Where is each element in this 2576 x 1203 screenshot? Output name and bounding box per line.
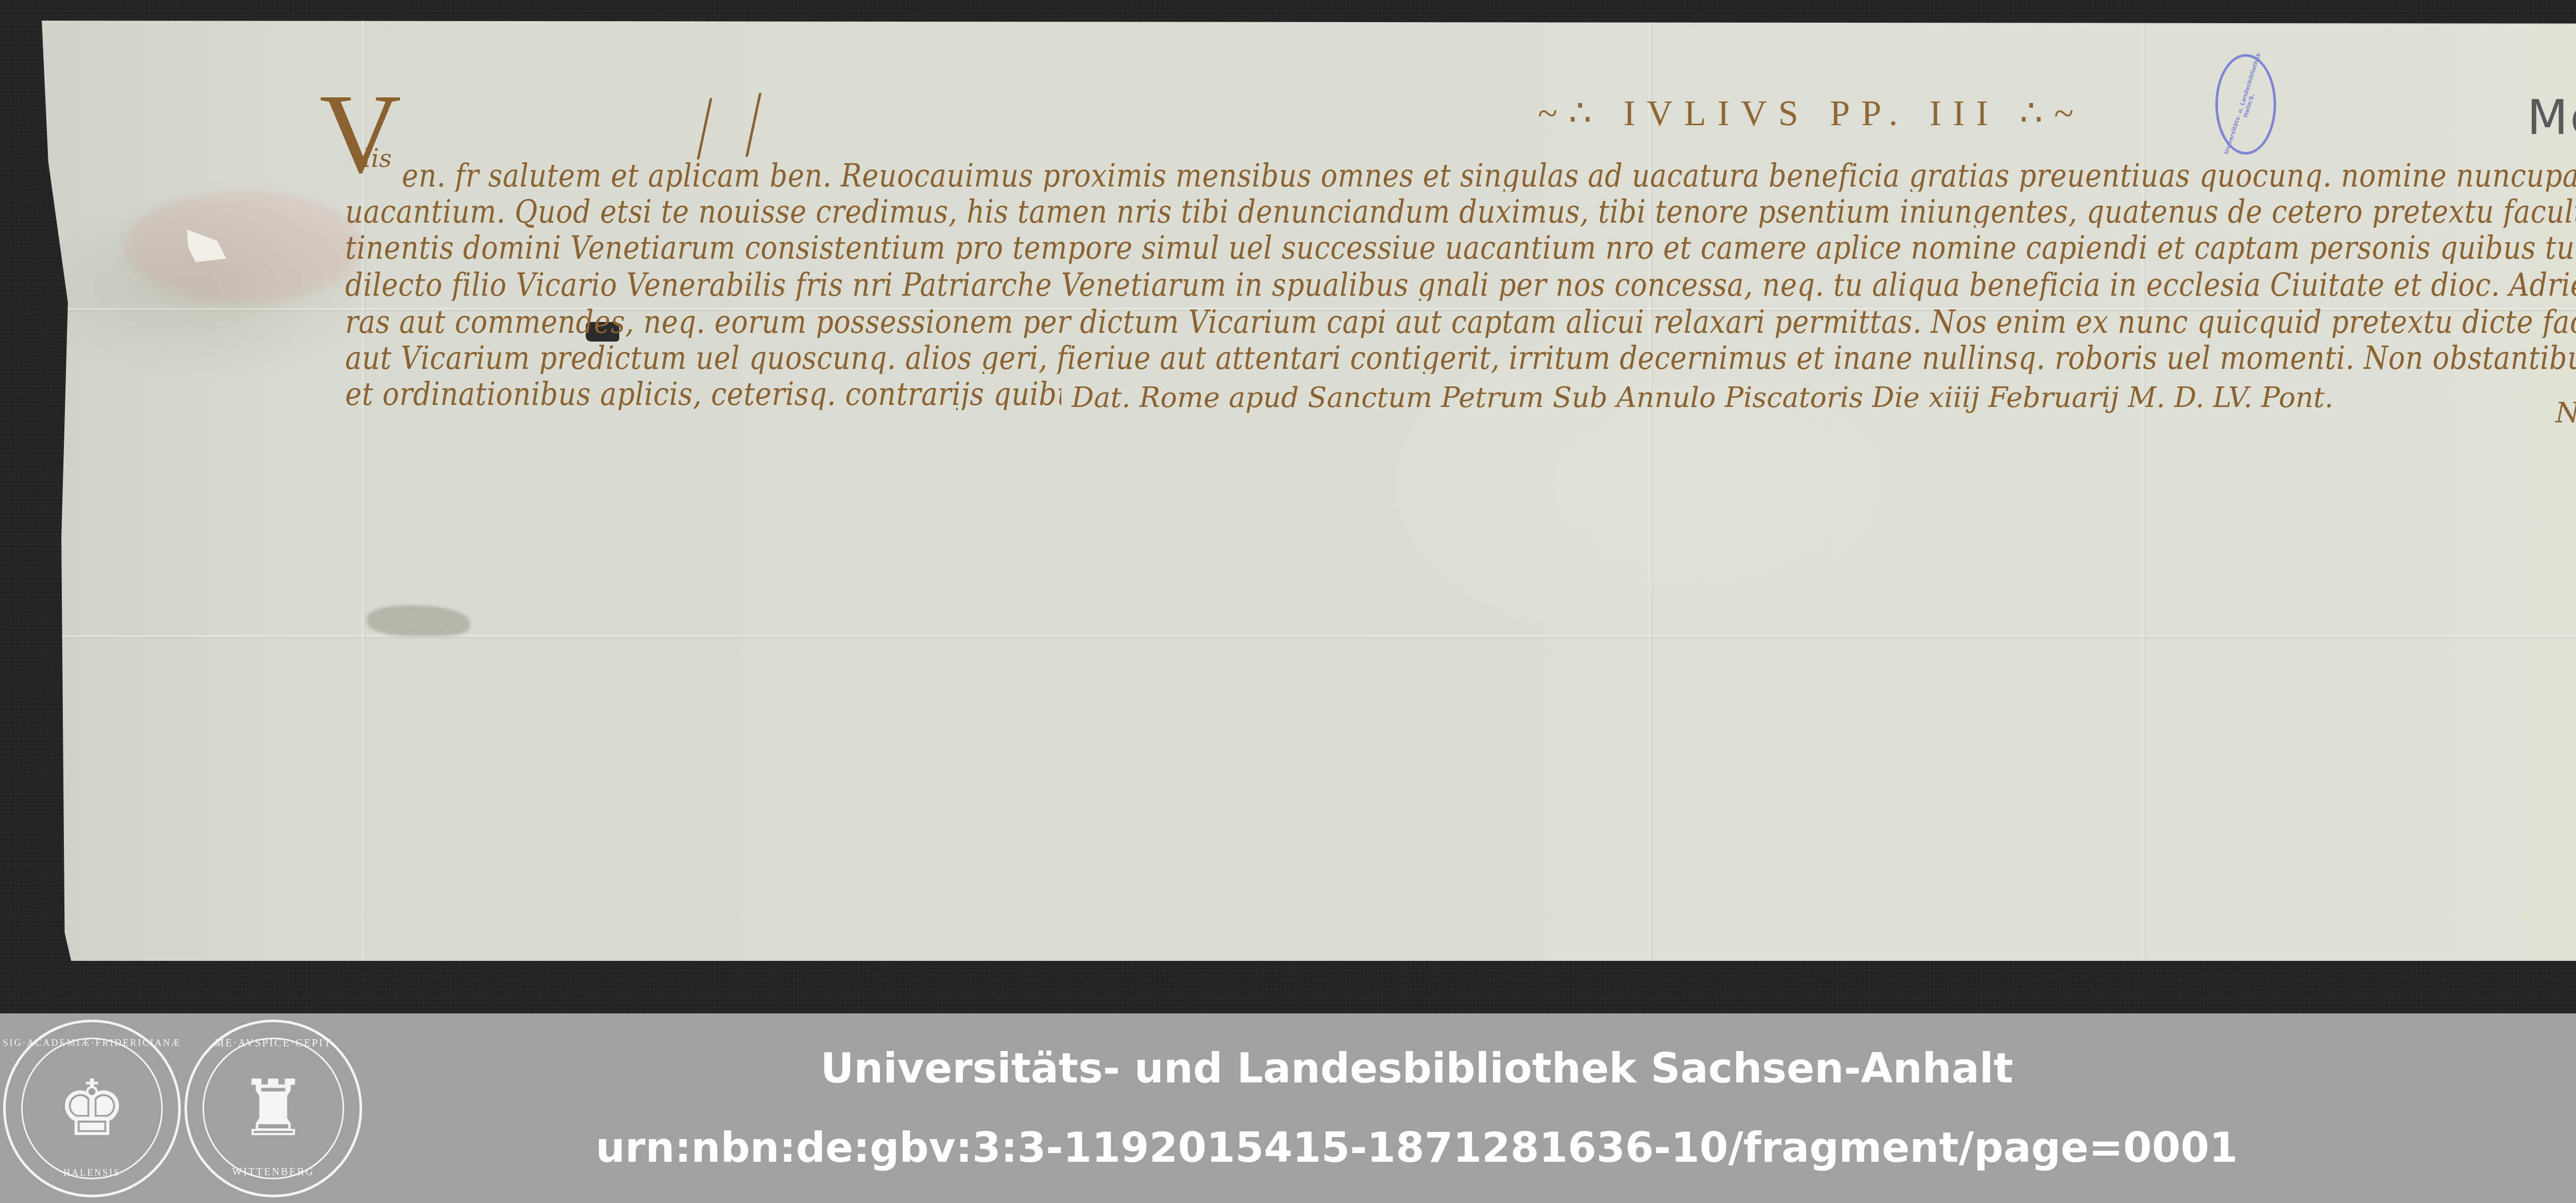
text-line-6: aut Vicarium predictum uel quoscunq. ali… — [345, 342, 2576, 374]
footer-bar: ♚ SIG·ACADEMIÆ·FRIDERICIANÆ HALENSIS ♜ M… — [0, 1013, 2576, 1203]
dating-tail-nri: Nri — [2555, 397, 2576, 429]
stamp-line: Universitäts- u. Landesbibliothek — [2223, 52, 2262, 155]
dating-clause: Dat. Rome apud Sanctum Petrum Sub Annulo… — [1072, 381, 2333, 414]
text-line-7: et ordinationibus aplicis, ceterisq. con… — [345, 378, 1061, 410]
text-line-4: dilecto filio Vicario Venerabilis fris n… — [345, 269, 2576, 301]
library-stamp: Universitäts- u. Landesbibliothek Halle/… — [2215, 54, 2276, 155]
seal-stain — [125, 191, 362, 304]
decorated-initial: V — [319, 77, 401, 191]
initial-superscript: lis — [363, 144, 392, 173]
text-line-2: uacantium. Quod etsi te nouisse credimus… — [345, 196, 2576, 228]
institution-name: Universitäts- und Landesbibliothek Sachs… — [0, 1044, 2576, 1092]
urn-identifier[interactable]: urn:nbn:de:gbv:3:3-1192015415-1871281636… — [0, 1124, 2576, 1172]
text-line-5: ras aut commendes, neq. eorum possession… — [345, 306, 2576, 338]
pencil-shelfmark: Morbio 26 (22) — [2527, 90, 2576, 145]
stain — [367, 605, 470, 636]
text-line-3: tinentis domini Venetiarum consistentium… — [345, 232, 2576, 264]
document-header-title: ~∴ IVLIVS PP. III ∴~ — [1538, 92, 2085, 134]
text-line-1: en. fr salutem et aplicam ben. Reuocauim… — [402, 160, 2576, 192]
